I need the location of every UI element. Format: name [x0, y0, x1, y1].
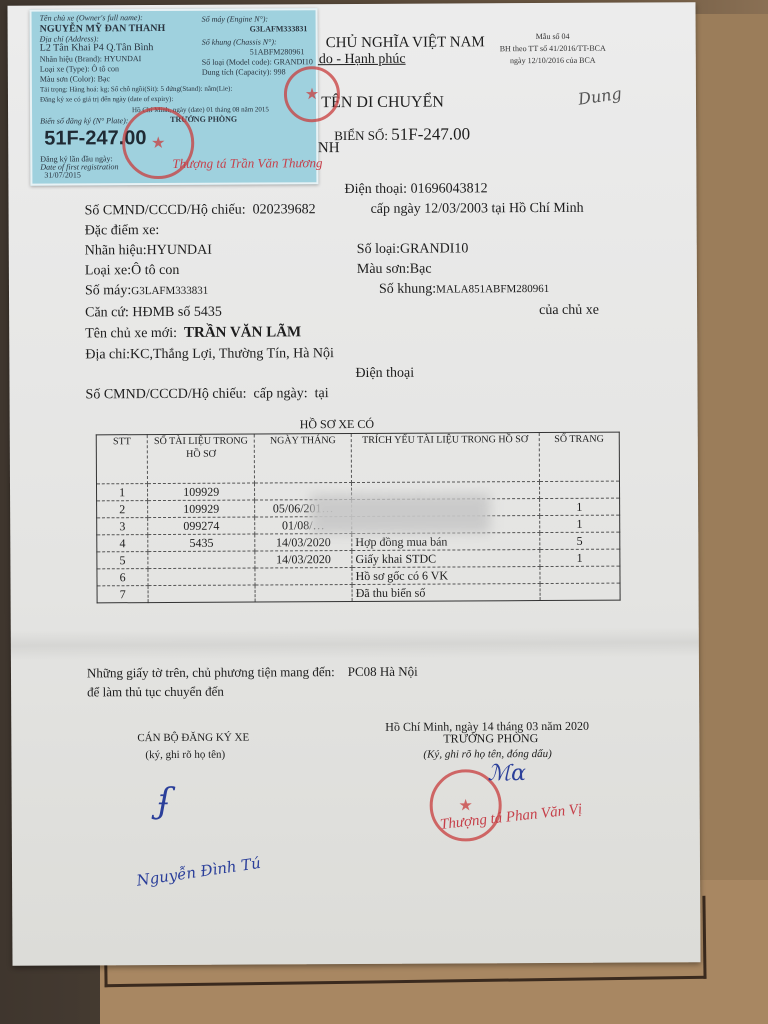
- cell-stt: 2: [97, 501, 148, 518]
- cell-pages: 5: [539, 532, 620, 549]
- plate-number: BIỂN SỐ: 51F-247.00: [334, 124, 470, 145]
- column-header: STT: [96, 435, 148, 484]
- registrar-signature-icon: ʄ: [158, 781, 171, 821]
- new-owner-id: Số CMND/CCCD/Hộ chiếu: cấp ngày: tại: [85, 386, 328, 403]
- paper-fold: [11, 627, 699, 661]
- cell-stt: 1: [96, 484, 147, 501]
- records-title: HỒ SƠ XE CÓ: [300, 417, 374, 432]
- cell-doc: 109929: [148, 500, 255, 518]
- basis-owner: của chủ xe: [539, 303, 599, 319]
- cell-stt: 4: [97, 535, 148, 552]
- basis: Căn cứ: HĐMB số 5435: [85, 305, 222, 322]
- column-header: TRÍCH YẾU TÀI LIỆU TRONG HỒ SƠ: [351, 433, 539, 483]
- cell-desc: Đã thu biển số: [352, 584, 539, 602]
- id-issue: cấp ngày 12/03/2003 tại Hồ Chí Minh: [371, 201, 584, 218]
- cell-date: 14/03/2020: [255, 551, 352, 569]
- new-owner-phone: Điện thoại: [355, 366, 414, 382]
- chief-signature-icon: ℳɑ: [487, 761, 526, 786]
- column-header: NGÀY THÁNG: [254, 434, 351, 484]
- cell-date: 14/03/2020: [255, 534, 352, 552]
- cell-desc: Giấy khai STDC: [352, 550, 539, 568]
- new-owner-address: Địa chỉ:KC,Thắng Lợi, Thường Tín, Hà Nội: [85, 346, 334, 363]
- cell-pages: 1: [539, 549, 620, 566]
- cell-doc: [148, 585, 255, 603]
- cell-doc: 109929: [148, 483, 255, 501]
- card-chassis: 51ABFM280961: [250, 47, 305, 56]
- cell-pages: [539, 566, 620, 583]
- motto: ự do - Hạnh phúc: [308, 52, 406, 69]
- cell-doc: 099274: [148, 517, 255, 535]
- card-engine: G3LAFM333831: [250, 24, 308, 33]
- cell-desc: Hồ sơ gốc có 6 VK: [352, 567, 539, 585]
- cell-pages: [539, 481, 620, 498]
- registrar-name: Nguyễn Đình Tú: [135, 854, 261, 890]
- cell-pages: [540, 583, 621, 600]
- cell-stt: 6: [97, 569, 148, 586]
- vehicle-type: Loại xe:Ô tô con: [85, 263, 180, 279]
- chief-note: (Ký, ghi rõ họ tên, đóng dấu): [423, 748, 551, 761]
- registration-card: Tên chủ xe (Owner's full name): NGUYỄN M…: [30, 8, 319, 186]
- card-owner: NGUYỄN MỸ ĐAN THANH: [40, 23, 166, 35]
- card-address: L2 Tân Khai P4 Q.Tân Bình: [40, 42, 154, 54]
- cell-date: [255, 585, 352, 603]
- card-signer: Thượng tá Trần Văn Thương: [172, 155, 322, 172]
- delivery-line: Những giấy tờ trên, chủ phương tiện mang…: [87, 664, 418, 682]
- cell-stt: 3: [97, 518, 148, 535]
- cell-desc: Hợp đồng mua bán: [352, 533, 539, 551]
- cell-stt: 7: [97, 586, 148, 603]
- cell-pages: 1: [539, 515, 620, 532]
- cell-date: [255, 568, 352, 586]
- card-stamp-partial-icon: [284, 66, 340, 122]
- transfer-line: để làm thủ tục chuyển đến: [87, 684, 224, 701]
- handwritten-note: Dung: [577, 84, 623, 109]
- model: Số loại:GRANDI10: [357, 241, 469, 258]
- cell-pages: 1: [539, 498, 620, 515]
- chief-title: TRƯỞNG PHÒNG: [443, 731, 538, 746]
- new-owner: Tên chủ xe mới: TRẦN VĂN LÃM: [85, 324, 301, 342]
- id-number: Số CMND/CCCD/Hộ chiếu: 020239682: [85, 202, 316, 219]
- features-label: Đặc điểm xe:: [85, 223, 160, 239]
- engine-number: Số máy:G3LAFM333831: [85, 283, 208, 300]
- form-reference: Mẫu số 04 BH theo TT số 41/2016/TT-BCA n…: [458, 30, 648, 67]
- registrar-note: (ký, ghi rõ họ tên): [145, 749, 225, 761]
- cell-doc: [148, 551, 255, 569]
- registrar-title: CÁN BỘ ĐĂNG KÝ XE: [137, 732, 249, 745]
- phone: Điện thoại: 01696043812: [344, 181, 487, 198]
- chassis-number: Số khung:MALA851ABFM280961: [379, 281, 549, 298]
- cell-stt: 5: [97, 552, 148, 569]
- cell-doc: 5435: [148, 534, 255, 552]
- column-header: SỐ TÀI LIỆU TRONG HỒ SƠ: [147, 434, 254, 484]
- column-header: SỐ TRANG: [539, 432, 620, 481]
- redacted-area: [310, 493, 490, 534]
- transfer-document: CHỦ NGHĨA VIỆT NAM ự do - Hạnh phúc Mẫu …: [7, 2, 700, 966]
- brand: Nhãn hiệu:HYUNDAI: [85, 243, 212, 260]
- paint-color: Màu sơn:Bạc: [357, 262, 432, 278]
- cell-doc: [148, 568, 255, 586]
- table-row: 7Đã thu biển số: [97, 583, 620, 603]
